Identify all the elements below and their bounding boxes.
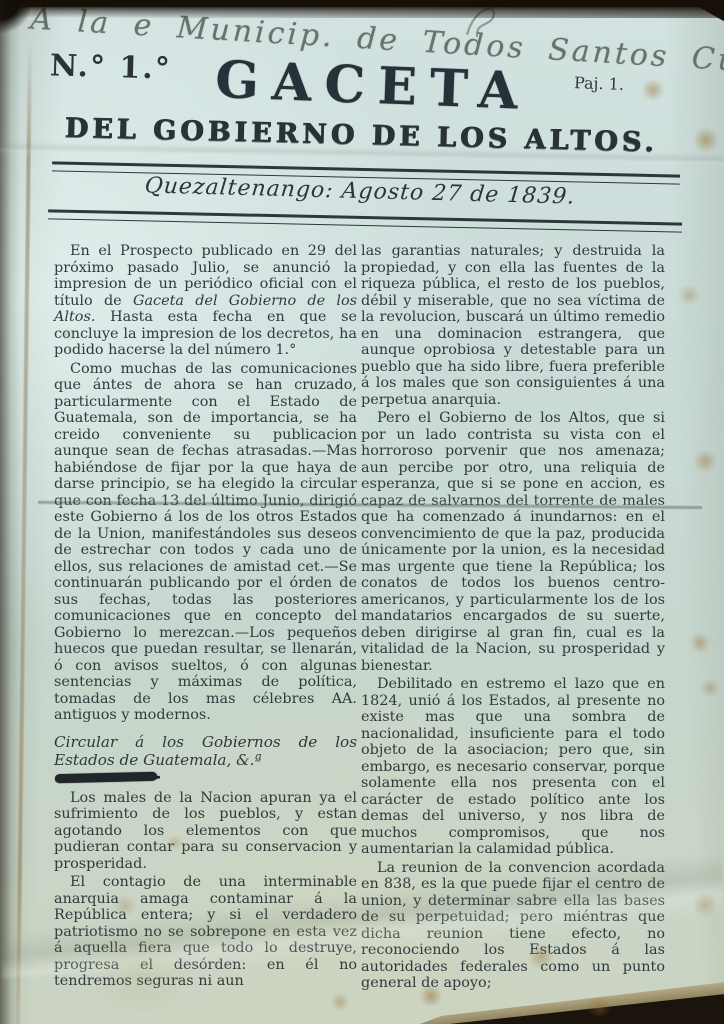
book-photo: A la e Municip. de Todos Santos Cuchumat… <box>0 0 724 1024</box>
paragraph-comunicaciones: Como muchas de las comunicaciones que án… <box>54 361 357 724</box>
right-column: las garantias naturales; y destruida la … <box>361 243 665 994</box>
paragraph-reunion-convencion: La reunion de la convencion acordada en … <box>361 860 665 992</box>
paragraph-males-nacion: Los males de la Nacion apuran ya el sufr… <box>54 790 357 873</box>
page-number-label: Paj. 1. <box>574 73 625 94</box>
paragraph-debilitado: Debilitado en estremo el lazo que en 182… <box>361 676 665 858</box>
paragraph-prospecto: En el Prospecto publicado en 29 del próx… <box>54 243 357 359</box>
section-heading-circular: Circular á los Gobiernos de los Estados … <box>54 733 357 769</box>
paragraph-contagio: El contagio de una interminable anarquia… <box>54 874 357 990</box>
issue-number: N.° 1.° <box>50 48 173 86</box>
paragraph-gobierno-altos: Pero el Gobierno de los Altos, que si po… <box>361 410 665 674</box>
paragraph-text: Hasta esta fecha en que se concluye la i… <box>54 309 357 358</box>
paragraph-garantias: las garantias naturales; y destruida la … <box>361 243 665 408</box>
struck-out-word <box>55 771 157 782</box>
book-edge-top <box>0 0 724 18</box>
left-column: En el Prospecto publicado en 29 del próx… <box>54 243 357 992</box>
